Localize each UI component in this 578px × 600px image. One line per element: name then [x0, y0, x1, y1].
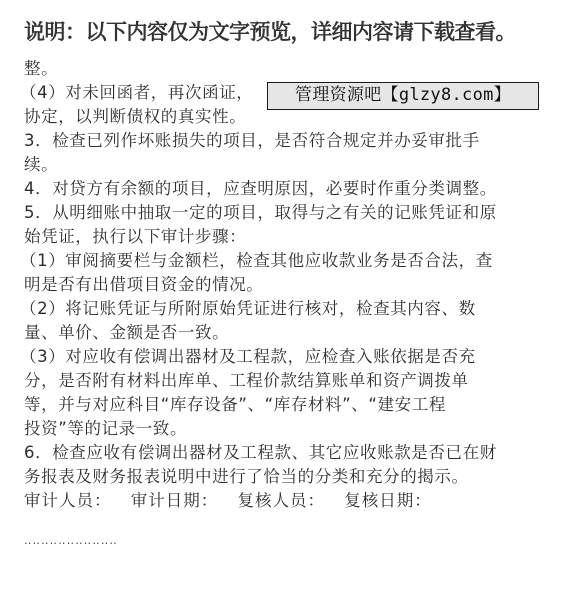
text-line: 6．检查应收有偿调出器材及工程款、其它应收账款是否已在财	[24, 441, 564, 465]
text-line: 务报表及财务报表说明中进行了恰当的分类和充分的揭示。	[24, 465, 564, 489]
document-body: 整。 （4）对未回函者，再次函证， 协定，以判断债权的真实性。 3．检查已列作坏…	[24, 57, 564, 513]
text-line: 续。	[24, 153, 564, 177]
text-line: 投资”等的记录一致。	[24, 417, 564, 441]
reviewer-label: 复核人员：	[238, 491, 326, 510]
auditor-label: 审计人员：	[24, 491, 112, 510]
signature-row: 审计人员： 审计日期： 复核人员： 复核日期：	[24, 489, 564, 513]
text-line: （3）对应收有偿调出器材及工程款，应检查入账依据是否充	[20, 345, 564, 369]
text-line: （1）审阅摘要栏与金额栏，检查其他应收款业务是否合法，查	[20, 249, 564, 273]
text-line: 5．从明细账中抽取一定的项目，取得与之有关的记账凭证和原	[24, 201, 564, 225]
dotted-separator: ‥‥‥‥‥‥‥‥‥‥‥	[24, 536, 118, 546]
text-line: 明是否有出借项目资金的情况。	[24, 273, 564, 297]
text-line: 等，并与对应科目“库存设备”、“库存材料”、“建安工程	[24, 393, 564, 417]
preview-notice: 说明：以下内容仅为文字预览，详细内容请下载查看。	[24, 16, 516, 46]
watermark-banner: 管理资源吧【glzy8.com】	[267, 82, 539, 110]
audit-date-label: 审计日期：	[131, 491, 219, 510]
text-line: 始凭证，执行以下审计步骤：	[24, 225, 564, 249]
text-line: 量、单价、金额是否一致。	[24, 321, 564, 345]
text-line: 4．对贷方有余额的项目，应查明原因，必要时作重分类调整。	[24, 177, 564, 201]
text-line: 分，是否附有材料出库单、工程价款结算账单和资产调拨单	[24, 369, 564, 393]
text-line: 3．检查已列作坏账损失的项目，是否符合规定并办妥审批手	[24, 129, 564, 153]
text-line: （2）将记账凭证与所附原始凭证进行核对，检查其内容、数	[20, 297, 564, 321]
review-date-label: 复核日期：	[344, 491, 432, 510]
text-line: 整。	[24, 57, 564, 81]
